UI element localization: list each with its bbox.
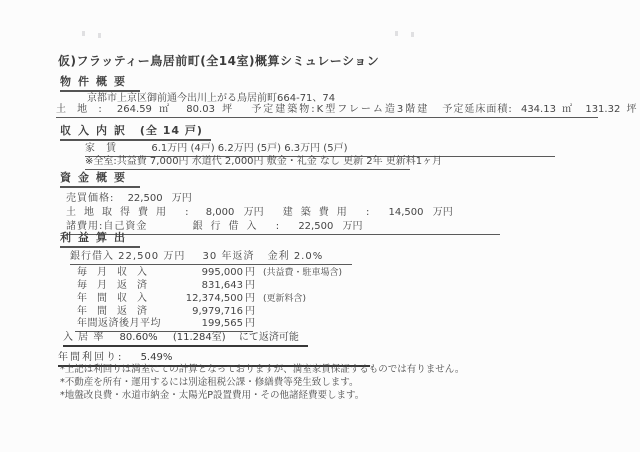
footnote: *上記は利回りは満室にての計算となっておりますが、満室家賃保証するものでは有りま…	[60, 361, 464, 375]
floor-sqm-unit: ㎡	[562, 104, 572, 115]
loan-summary: 銀行借入 22,500 万円	[70, 251, 185, 262]
profit-row-note: (更新料含)	[263, 294, 306, 304]
costs-line: 土地取得費用 : 8,000 万円 建築費用 : 14,500 万円	[66, 203, 453, 218]
occupancy-rooms: (11.284室)	[173, 332, 226, 343]
occupancy-line: 入 居 率 80.60% (11.284室) にて返済可能	[63, 328, 308, 347]
footnote: *不動産を所有・運用するには別途租税公課・修繕費等発生致します。	[60, 374, 359, 388]
document-title: 仮)フラッティー鳥居前町(全14室)概算シミュレーション	[58, 52, 379, 69]
scan-artifact	[98, 33, 101, 38]
scanned-document-page: 仮)フラッティー鳥居前町(全14室)概算シミュレーション 物件概要 京都市上京区…	[0, 0, 640, 452]
floor-tsubo-unit: 坪	[627, 104, 637, 115]
income-heading-suffix: (全 14 戸)	[140, 124, 203, 137]
loan-term: 30 年返済	[203, 251, 255, 262]
section-heading-profit: 利益算出	[60, 229, 140, 248]
profit-row-note: (共益費・駐車場含)	[263, 268, 342, 278]
land-spec-line: 土 地 : 264.59 ㎡ 80.03 坪 予定建築物:K型フレーム造3階建 …	[56, 100, 598, 118]
floor-area-sqm: 434.13	[521, 104, 556, 115]
income-heading-text: 収入内訳	[60, 124, 132, 137]
scan-artifact	[82, 31, 85, 36]
occupancy-note: にて返済可能	[239, 332, 299, 343]
floor-area-tsubo: 131.32	[585, 104, 620, 115]
section-heading-funding: 資金概要	[60, 169, 140, 188]
rent-conditions-line: ※全室:共益費 7,000円 水道代 2,000円 敷金・礼金 なし 更新 2年…	[85, 152, 410, 170]
sqm-unit: ㎡	[159, 104, 169, 115]
scan-artifact	[395, 31, 398, 36]
occupancy-label: 入 居 率	[63, 332, 104, 343]
land-area-tsubo: 80.03	[186, 104, 215, 115]
bank-loan-value: 22,500	[298, 221, 333, 232]
occupancy-rate: 80.60%	[120, 332, 158, 343]
land-area-sqm: 264.59	[117, 104, 152, 115]
bank-loan-unit: 万円	[343, 221, 363, 232]
loan-rate: 金利 2.0%	[268, 251, 324, 262]
footnote: *地盤改良費・水道市納金・太陽光P設置費用・その他諸経費要します。	[60, 387, 364, 401]
floor-area-label: 予定延床面積:	[442, 104, 512, 115]
price-line: 売買価格: 22,500 万円	[66, 189, 192, 204]
profit-row-label: 年間返済後月平均	[75, 314, 175, 329]
tsubo-unit: 坪	[222, 104, 232, 115]
bank-loan-label: 銀行借入 :	[193, 221, 288, 232]
scan-artifact	[411, 32, 414, 37]
planned-building: 予定建築物:K型フレーム造3階建	[251, 104, 429, 115]
land-label: 土 地 :	[56, 104, 106, 115]
